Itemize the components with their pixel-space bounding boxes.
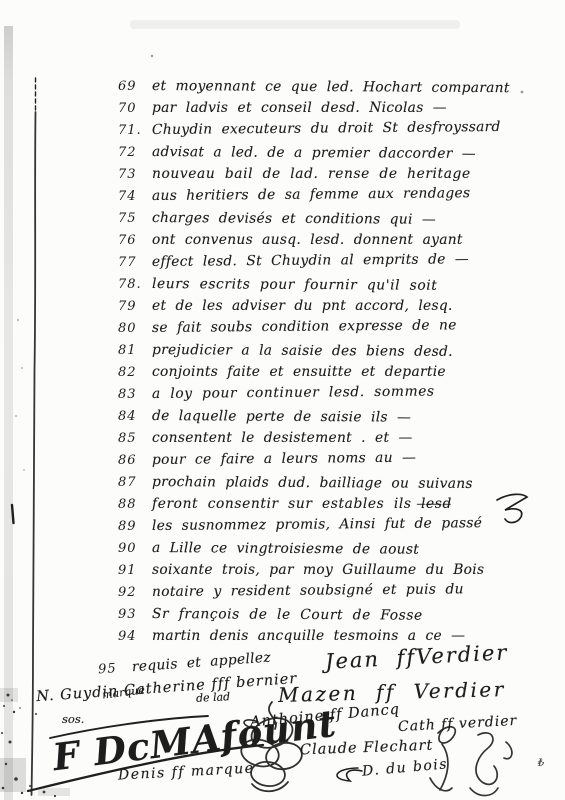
line-number: 73 — [118, 167, 152, 182]
line-text: conjoints faite et ensuitte et departie — [152, 364, 446, 380]
line-number: 71. — [118, 123, 152, 138]
line-text: les susnommez promis, Ainsi fut de passé — [152, 515, 482, 534]
du-bois-swash-icon — [337, 768, 362, 781]
line-text: nouveau bail de lad. rense de heritage — [152, 166, 471, 182]
manuscript-line: 72 advisat a led. de a premier daccorder… — [118, 144, 548, 166]
scan-smudge — [130, 20, 460, 29]
line-text: requis et appellez — [131, 650, 271, 676]
line-number: 94 — [118, 629, 152, 644]
line-number: 78. — [118, 277, 152, 292]
manuscript-line: 83 a loy pour continuer lesd. sommes — [118, 386, 548, 408]
manuscript-line: 89 les susnommez promis, Ainsi fut de pa… — [118, 518, 548, 540]
line-number: 70 — [118, 101, 152, 116]
manuscript-line: 88 feront consentir sur estables ils l̶e… — [118, 496, 548, 518]
line-number: 80 — [118, 321, 152, 336]
manuscript-line: 86 pour ce faire a leurs noms au — — [118, 452, 548, 474]
line-text: advisat a led. de a premier daccorder — — [152, 144, 476, 162]
line-number: 89 — [118, 519, 152, 534]
manuscript-line: 76 ont convenus ausq. lesd. donnent ayan… — [118, 232, 548, 254]
line-number: 90 — [118, 541, 152, 556]
manuscript-line: 87 prochain plaids dud. bailliage ou sui… — [118, 474, 548, 496]
manuscript-line: 71. Chuydin executeurs du droit St desfr… — [118, 122, 548, 144]
line-number: 85 — [118, 431, 152, 446]
line-text: charges devisés et conditions qui — — [152, 210, 436, 228]
line-number: 77 — [118, 255, 152, 270]
manuscript-line: 85 consentent le desistement . et — — [118, 430, 548, 452]
line-number: 92 — [118, 585, 152, 600]
line-number: 93 — [118, 607, 152, 622]
manuscript-page: 69 et moyennant ce que led. Hochart comp… — [0, 0, 565, 800]
line-number: 79 — [118, 299, 152, 314]
manuscript-line: 82 conjoints faite et ensuitte et depart… — [118, 364, 548, 386]
line-number: 84 — [118, 409, 152, 424]
line-number: 69 — [118, 79, 152, 94]
line-number: 87 — [118, 475, 152, 490]
manuscript-line: 73 nouveau bail de lad. rense de heritag… — [118, 166, 548, 188]
line-text: par ladvis et conseil desd. Nicolas — — [152, 100, 447, 116]
line-number: 83 — [118, 387, 152, 402]
line-text: et moyennant ce que led. Hochart compara… — [152, 78, 510, 96]
line-text: ont convenus ausq. lesd. donnent ayant — [152, 232, 463, 248]
line-text: Chuydin executeurs du droit St desfroyss… — [152, 119, 501, 138]
page-fold-line — [32, 112, 36, 795]
line-text: et de les adviser du pnt accord, lesq. — [152, 298, 453, 314]
line-number: 76 — [118, 233, 152, 248]
manuscript-line: 90 a Lille ce vingtroisiesme de aoust — [118, 540, 548, 562]
line-text: feront consentir sur estables ils l̶e̶s̶… — [152, 496, 452, 512]
manuscript-line: 77 effect lesd. St Chuydin al emprits de… — [118, 254, 548, 276]
line-text: prochain plaids dud. bailliage ou suivan… — [152, 474, 473, 492]
line-text: a Lille ce vingtroisiesme de aoust — [152, 540, 419, 558]
line-text: consentent le desistement . et — — [152, 430, 413, 446]
line-text: de laquelle perte de saisie ils — — [152, 408, 411, 426]
line-number: 95 — [98, 660, 133, 677]
line-number: 75 — [118, 211, 152, 226]
line-number: 82 — [118, 365, 152, 380]
line-text: prejudicier a la saisie des biens desd. — [152, 342, 453, 360]
line-text: soixante trois, par moy Guillaume du Boi… — [152, 562, 484, 578]
line-number: 86 — [118, 453, 152, 468]
signature-cath-verdier: Cath ff verdier — [398, 713, 518, 735]
line-number: 72 — [118, 145, 152, 160]
manuscript-line: 81 prejudicier a la saisie des biens des… — [118, 342, 548, 364]
manuscript-line: 79 et de les adviser du pnt accord, lesq… — [118, 298, 548, 320]
manuscript-line: 92 notaire y resident soubsigné et puis … — [118, 584, 548, 606]
line-text: Sr françois de le Court de Fosse — [152, 606, 423, 624]
manuscript-line: 84 de laquelle perte de saisie ils — — [118, 408, 548, 430]
line-number: 88 — [118, 497, 152, 512]
line-text: notaire y resident soubsigné et puis du — [152, 581, 464, 600]
line-number: 81 — [118, 343, 152, 358]
line-number: 74 — [118, 189, 152, 204]
scanner-edge-strip — [4, 26, 13, 800]
manuscript-line: 93 Sr françois de le Court de Fosse — [118, 606, 548, 628]
line-text: aus heritiers de sa femme aux rendages — [152, 185, 470, 204]
line-number: 91 — [118, 563, 152, 578]
manuscript-line: 74 aus heritiers de sa femme aux rendage… — [118, 188, 548, 210]
line-text: a loy pour continuer lesd. sommes — [152, 384, 435, 402]
line-text: effect lesd. St Chuydin al emprits de — — [152, 251, 469, 270]
manuscript-line: 80 se fait soubs condition expresse de n… — [118, 320, 548, 342]
manuscript-lines: 69 et moyennant ce que led. Hochart comp… — [118, 78, 548, 672]
line-text: se fait soubs condition expresse de ne — [152, 317, 457, 336]
line-text: pour ce faire a leurs noms au — — [152, 450, 416, 468]
ink-blot-mark: ₺ — [538, 758, 544, 769]
manuscript-line: 75 charges devisés et conditions qui — — [118, 210, 548, 232]
line-text: leurs escrits pour fournir qu'il soit — [152, 276, 438, 294]
manuscript-line: 69 et moyennant ce que led. Hochart comp… — [118, 78, 548, 100]
signature-du-bois: D. du bois — [361, 756, 448, 779]
manuscript-line: 91 soixante trois, par moy Guillaume du … — [118, 562, 548, 584]
signature-sos-note: sos. — [62, 712, 84, 726]
manuscript-line: 78. leurs escrits pour fournir qu'il soi… — [118, 276, 548, 298]
